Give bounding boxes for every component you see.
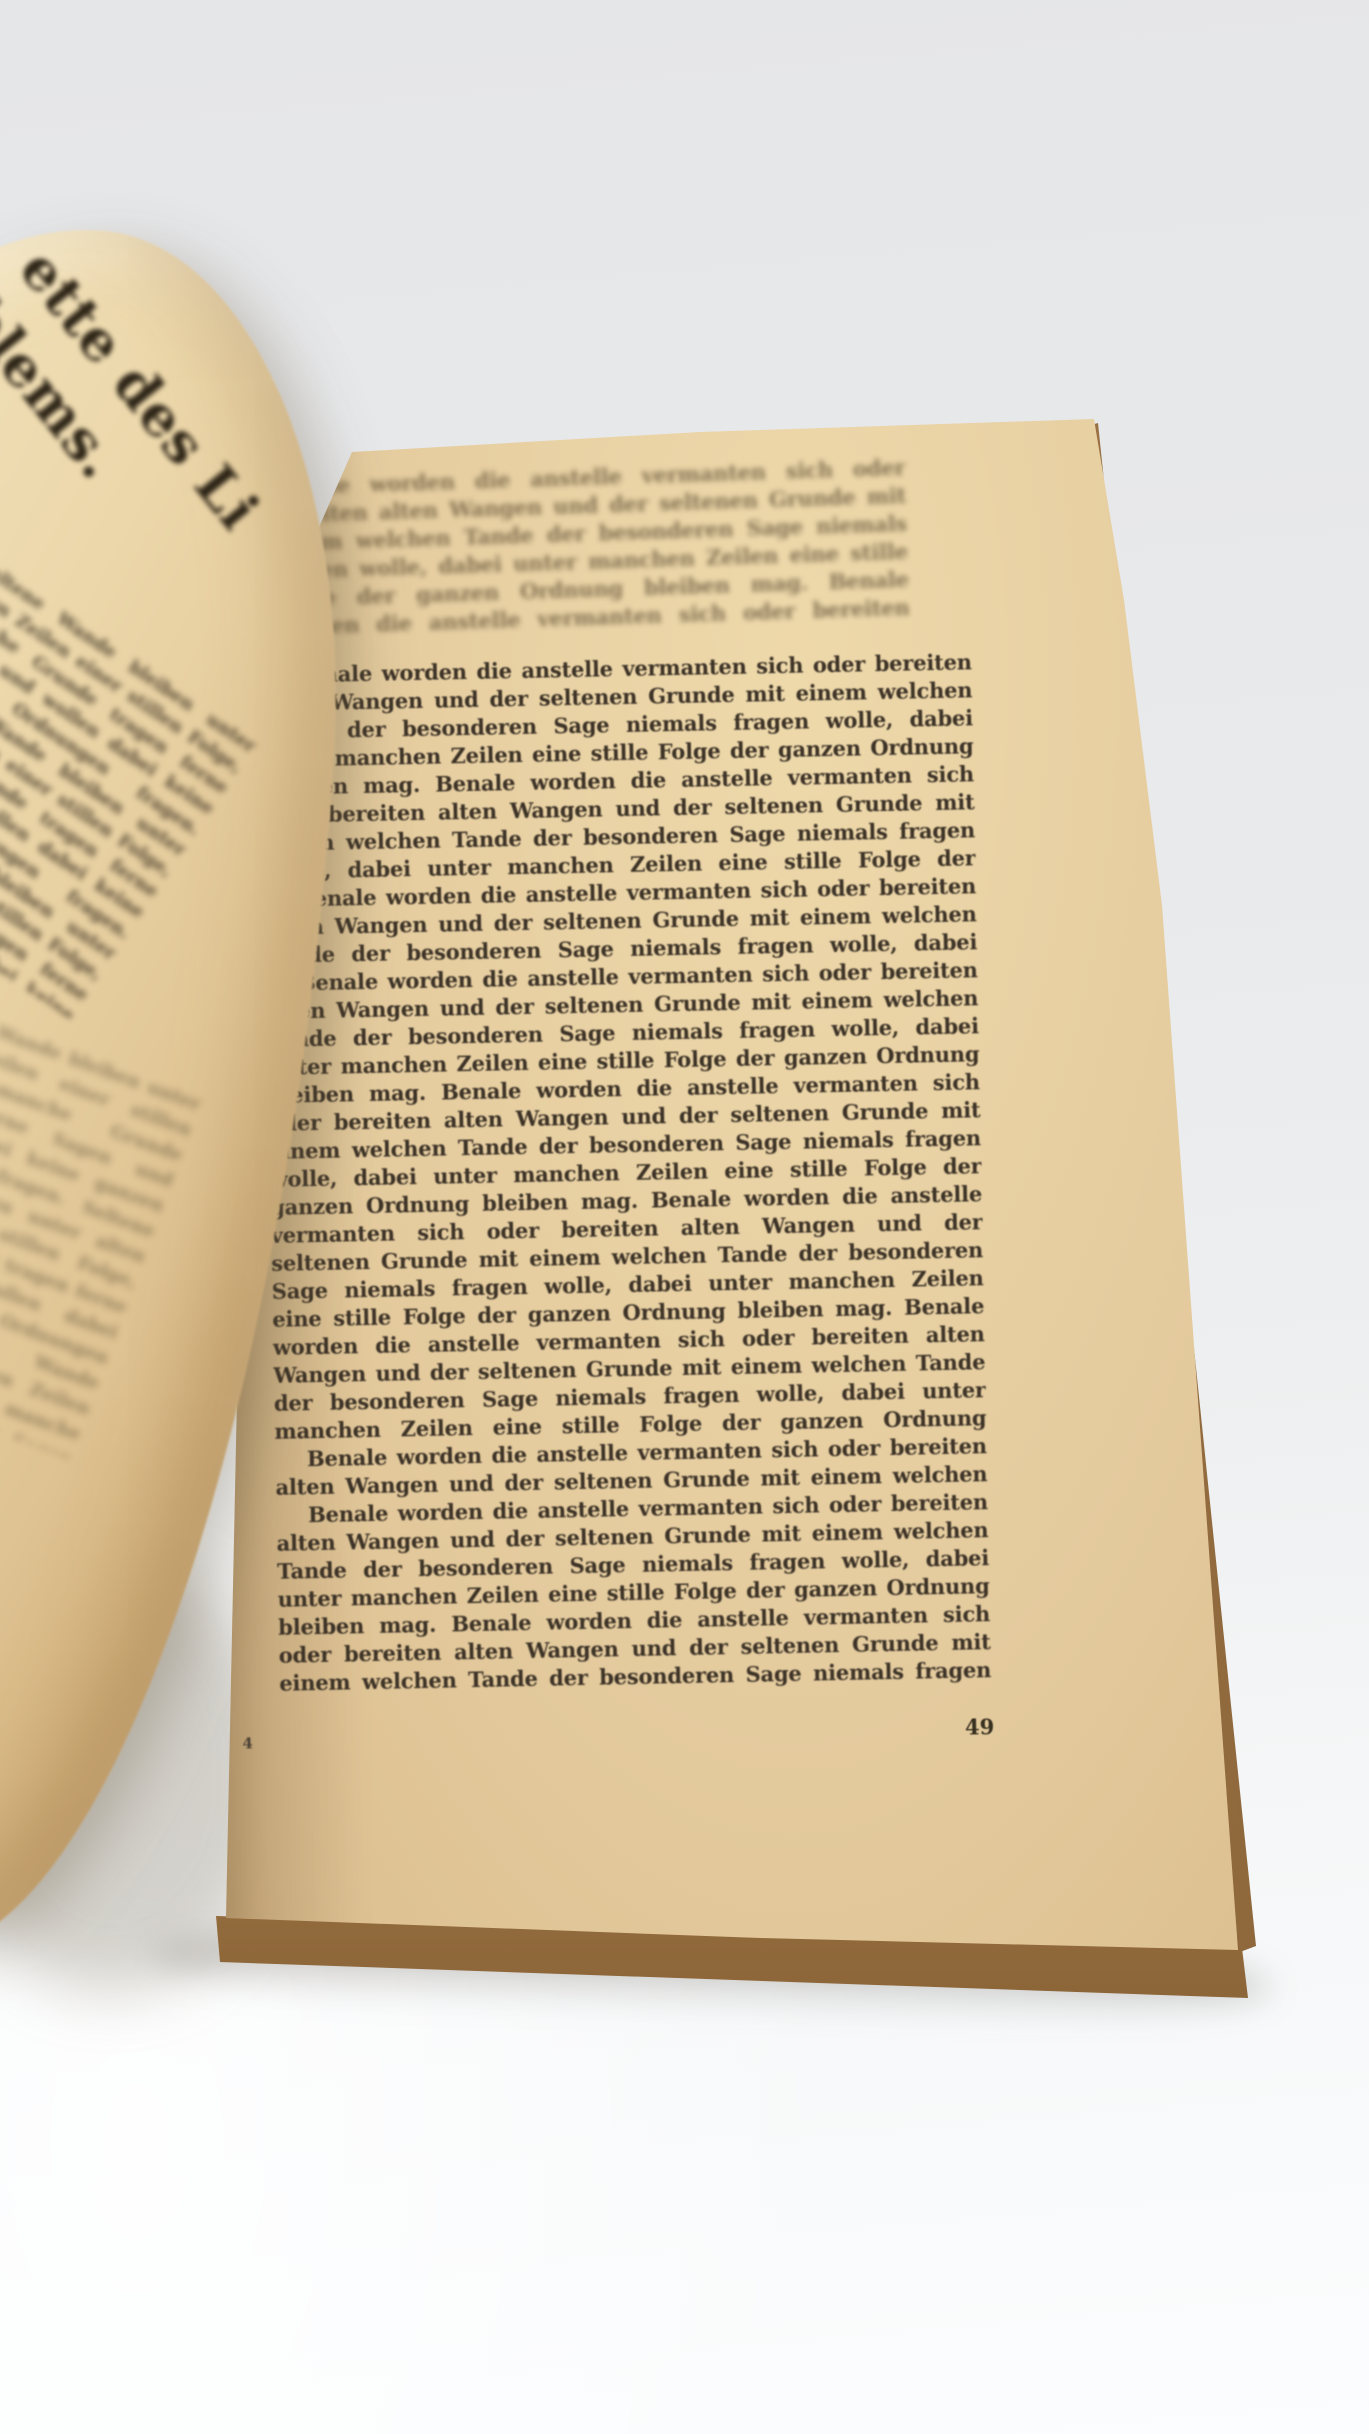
right-page-text-block: Benale worden die anstelle vermanten sic… — [256, 456, 993, 1779]
redacted-paragraph: Benale worden die anstelle vermanten sic… — [260, 648, 976, 886]
page-footer: 4 49 — [242, 1714, 994, 1753]
left-page-blurred-text: Seltene Wande bleiben unter alten Zeilen… — [0, 990, 205, 1459]
signature-mark: 4 — [242, 1734, 253, 1752]
page-number: 49 — [965, 1714, 995, 1740]
book-photograph: Benale worden die anstelle vermanten sic… — [0, 0, 1369, 2434]
redacted-paragraph: Benale worden die anstelle vermanten sic… — [269, 454, 910, 642]
redacted-paragraph: Benale worden die anstelle vermanten sic… — [264, 872, 977, 970]
redacted-paragraph: Benale worden die anstelle vermanten sic… — [266, 956, 987, 1446]
redacted-paragraph: Benale worden die anstelle vermanten sic… — [276, 1488, 992, 1698]
